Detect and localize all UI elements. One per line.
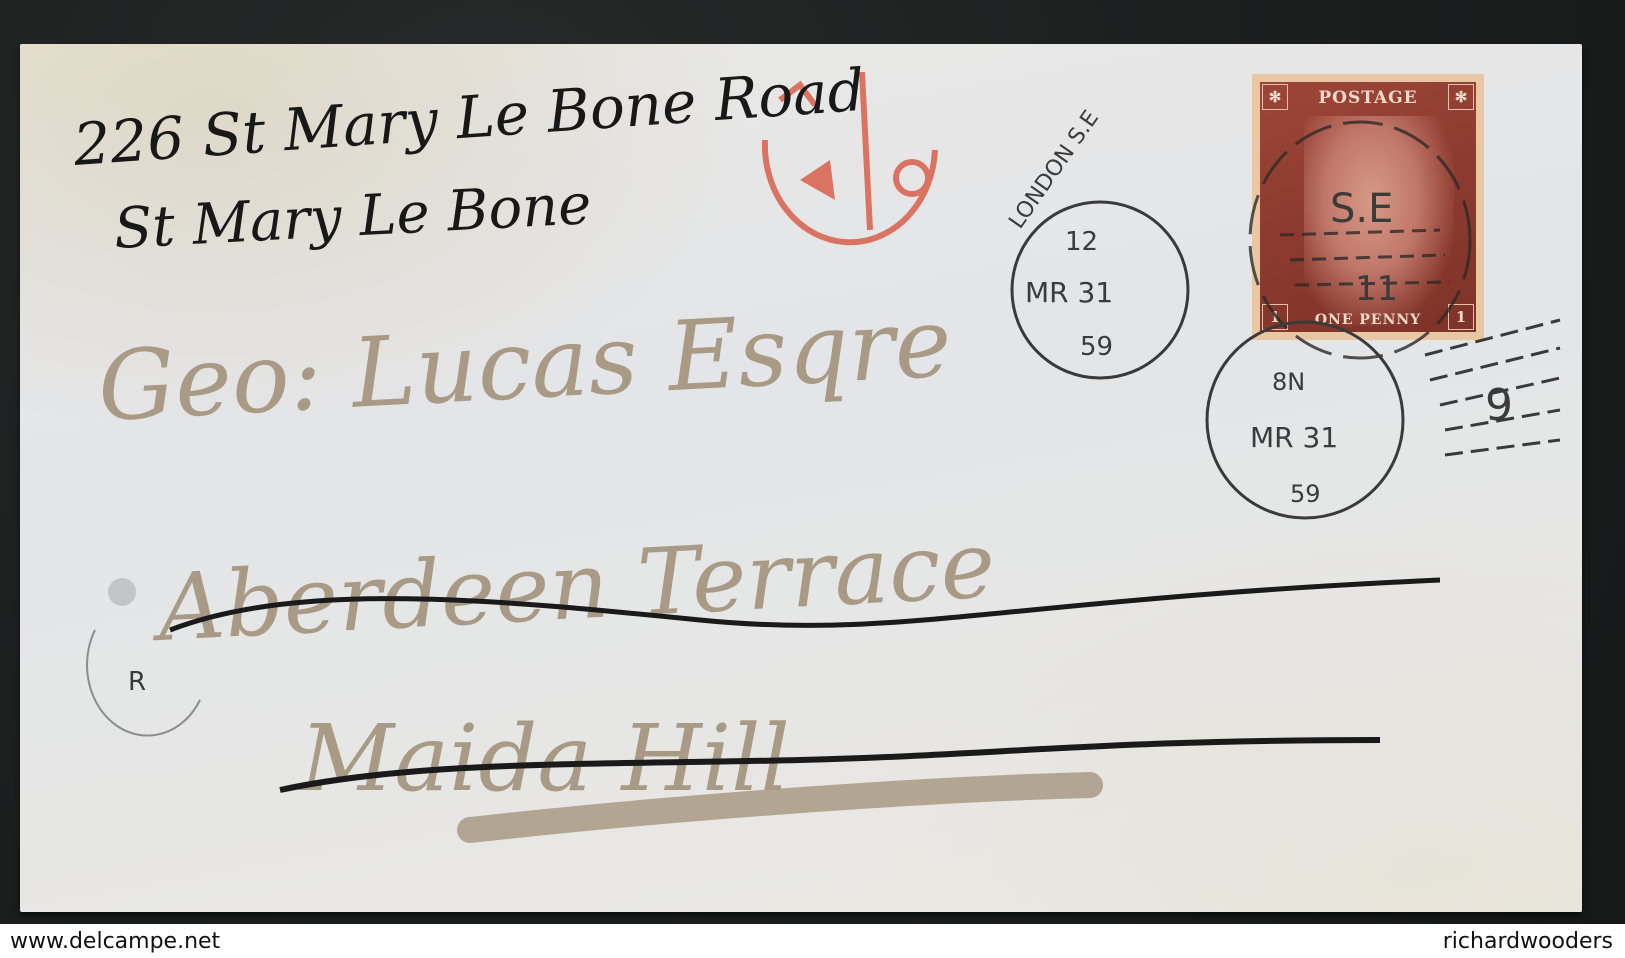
postmark-2-numeral: 9 — [1485, 380, 1513, 431]
postmark-1-time: 12 — [1065, 227, 1098, 257]
r-mark-letter: R — [128, 667, 146, 697]
cover-markings: S.E 11 12 MR 31 59 LONDON S.E 8N MR 31 5… — [0, 0, 1625, 924]
forwarding-address-line-1: 226 St Mary Le Bone Road — [70, 56, 867, 179]
postmark-1-year: 59 — [1080, 332, 1113, 362]
cancel-letters: S.E — [1330, 186, 1393, 232]
watermark-delcampe: www.delcampe.net — [10, 929, 220, 954]
postmark-1-date: MR 31 — [1025, 276, 1113, 309]
postmark-2-date: MR 31 — [1250, 421, 1338, 454]
stamp-cancel — [1250, 122, 1470, 358]
watermark-seller: richardwooders — [1443, 929, 1613, 954]
forwarding-address-line-2: St Mary Le Bone — [112, 172, 593, 262]
photo-background: POSTAGE ONE PENNY ✻ ✻ 1 1 S.E 11 — [0, 0, 1625, 924]
postmark-2-year: 59 — [1290, 480, 1321, 508]
postmark-2-time: 8N — [1272, 368, 1305, 396]
addressee-name: Geo: Lucas Esqre — [95, 286, 954, 443]
cancel-number: 11 — [1355, 269, 1398, 309]
address-line-1: Aberdeen Terrace — [148, 511, 998, 662]
